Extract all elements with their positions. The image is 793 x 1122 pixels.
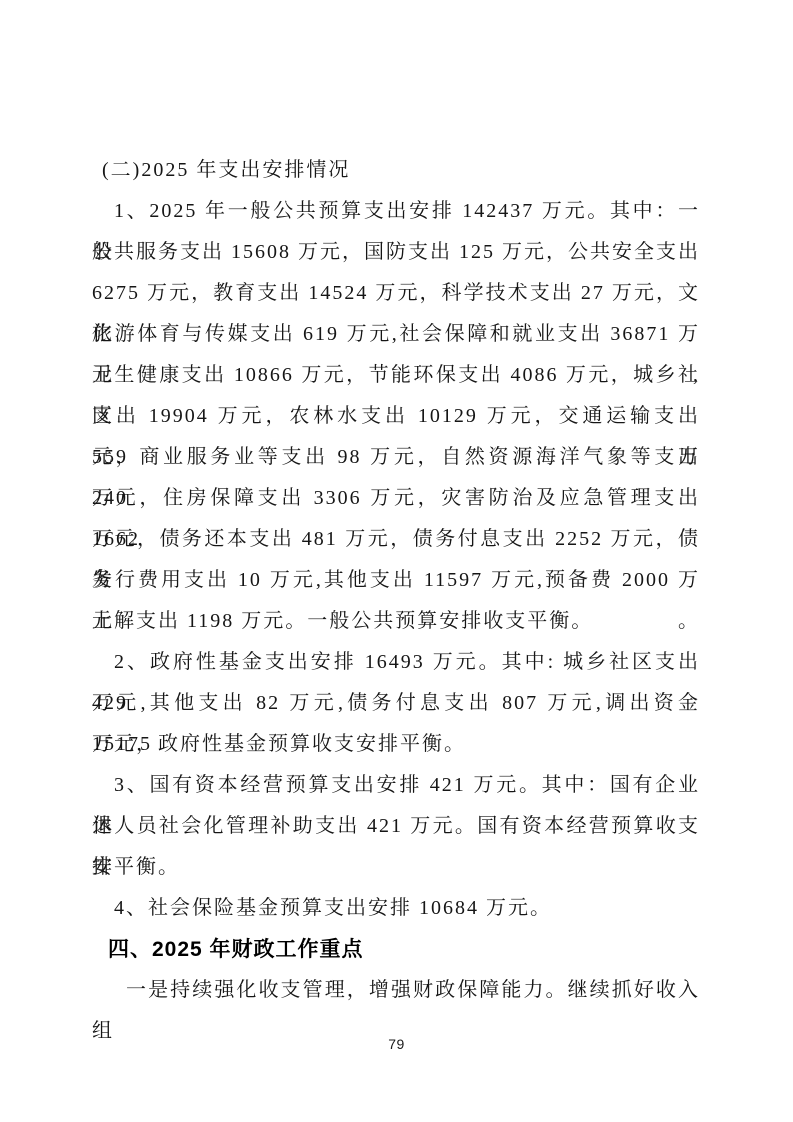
paragraph-line: 万元,其他支出 82 万元,债务付息支出 807 万元,调出资金 15175 [92,683,700,724]
paragraph-line: 4、社会保险基金预算支出安排 10684 万元。 [92,888,700,929]
paragraph-line: 3、国有资本经营预算支出安排 421 万元。其中：国有企业退 [92,765,700,806]
document-page: (二)2025 年支出安排情况 1、2025 年一般公共预算支出安排 14243… [0,0,793,1122]
paragraph-line: 万元，政府性基金预算收支安排平衡。 [92,724,700,765]
paragraph-line: 排平衡。 [92,847,700,888]
section-heading-2025-work-priorities: 四、2025 年财政工作重点 [92,929,700,970]
paragraph-line: 公共服务支出 15608 万元，国防支出 125 万元，公共安全支出 [92,232,700,273]
paragraph-line: 休人员社会化管理补助支出 421 万元。国有资本经营预算收支安 [92,806,700,847]
paragraph-line: 卫生健康支出 10866 万元，节能环保支出 4086 万元，城乡社区 [92,355,700,396]
paragraph-line: 支出 19904 万元，农林水支出 10129 万元，交通运输支出 559 万 [92,396,700,437]
paragraph-line: 2、政府性基金支出安排 16493 万元。其中: 城乡社区支出 429 [92,642,700,683]
paragraph-line: 万元，住房保障支出 3306 万元，灾害防治及应急管理支出 1662 [92,478,700,519]
document-body: (二)2025 年支出安排情况 1、2025 年一般公共预算支出安排 14243… [92,150,700,1011]
section-heading-2025-expenditure: (二)2025 年支出安排情况 [92,150,700,191]
paragraph-line: 1、2025 年一般公共预算支出安排 142437 万元。其中：一般 [92,191,700,232]
page-number: 79 [0,1036,793,1052]
paragraph-line: 万元，债务还本支出 481 万元，债务付息支出 2252 万元，债务 [92,519,700,560]
paragraph-line: 发行费用支出 10 万元,其他支出 11597 万元,预备费 2000 万元。 [92,560,700,601]
paragraph-line: 元，商业服务业等支出 98 万元，自然资源海洋气象等支出 240 [92,437,700,478]
paragraph-line: 6275 万元，教育支出 14524 万元，科学技术支出 27 万元，文化 [92,273,700,314]
paragraph-line: 旅游体育与传媒支出 619 万元,社会保障和就业支出 36871 万元, [92,314,700,355]
paragraph-line: 一是持续强化收支管理，增强财政保障能力。继续抓好收入组 [92,970,700,1011]
